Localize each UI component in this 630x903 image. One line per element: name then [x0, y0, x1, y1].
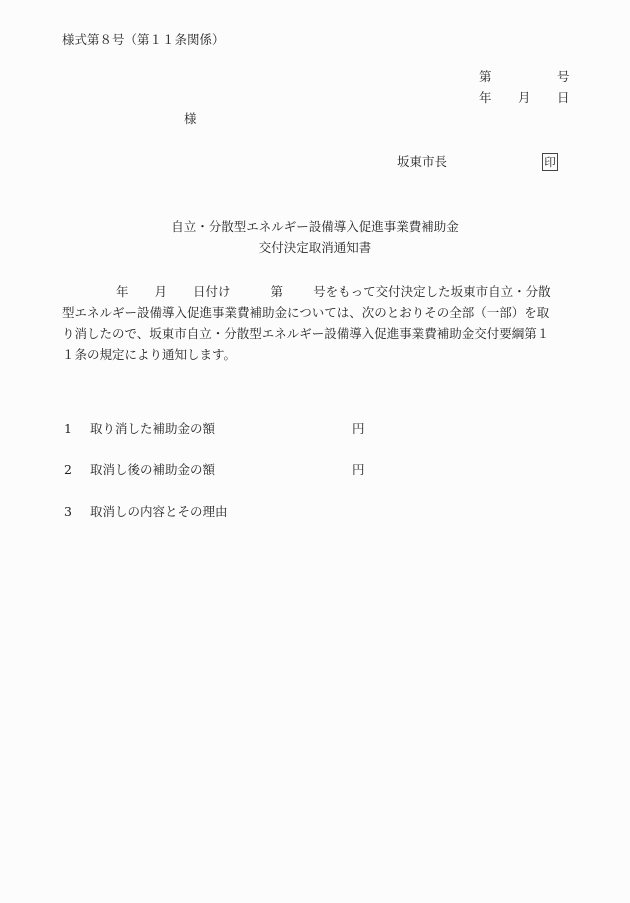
body-line-1-rest: 号をもって交付決定した坂東市自立・分散 — [313, 284, 551, 299]
body-line-1: 年月日付け第号をもって交付決定した坂東市自立・分散 — [62, 281, 572, 302]
body-dated-label: 日付け — [193, 284, 231, 299]
body-month-label: 月 — [155, 284, 168, 299]
body-line-2: 型エネルギー設備導入促進事業費補助金については、次のとおりその全部（一部）を取 — [62, 302, 572, 323]
item-cancellation-reason: 3取消しの内容とその理由 — [64, 504, 228, 520]
item-unit: 円 — [352, 462, 365, 478]
body-paragraph: 年月日付け第号をもって交付決定した坂東市自立・分散 型エネルギー設備導入促進事業… — [62, 281, 572, 365]
addressee-suffix: 様 — [184, 111, 197, 127]
form-number: 様式第８号（第１１条関係） — [62, 32, 225, 48]
date-year-label: 年 — [479, 90, 492, 106]
item-label: 取り消した補助金の額 — [90, 421, 215, 436]
item-number: 1 — [64, 421, 90, 437]
item-cancelled-amount: 1取り消した補助金の額 円 — [64, 421, 215, 437]
item-number: 3 — [64, 504, 90, 520]
document-title-line1: 自立・分散型エネルギー設備導入促進事業費補助金 — [0, 219, 630, 235]
item-unit: 円 — [352, 421, 365, 437]
item-label: 取消し後の補助金の額 — [90, 462, 215, 477]
item-remaining-amount: 2取消し後の補助金の額 円 — [64, 462, 215, 478]
item-label: 取消しの内容とその理由 — [90, 504, 228, 519]
document-title-line2: 交付決定取消通知書 — [0, 240, 630, 256]
seal-stamp-icon: 印 — [542, 153, 558, 171]
body-year-label: 年 — [116, 284, 129, 299]
date-day-label: 日 — [557, 90, 570, 106]
body-line-3: り消したので、坂東市自立・分散型エネルギー設備導入促進事業費補助金交付要綱第１ — [62, 323, 572, 344]
date-month-label: 月 — [518, 90, 531, 106]
issue-number-label: 第 — [479, 69, 492, 85]
issuer-name: 坂東市長 — [397, 154, 447, 170]
body-line-4: １条の規定により通知します。 — [62, 344, 572, 365]
item-number: 2 — [64, 462, 90, 478]
body-number-label: 第 — [271, 284, 284, 299]
issue-number-suffix: 号 — [557, 69, 570, 85]
